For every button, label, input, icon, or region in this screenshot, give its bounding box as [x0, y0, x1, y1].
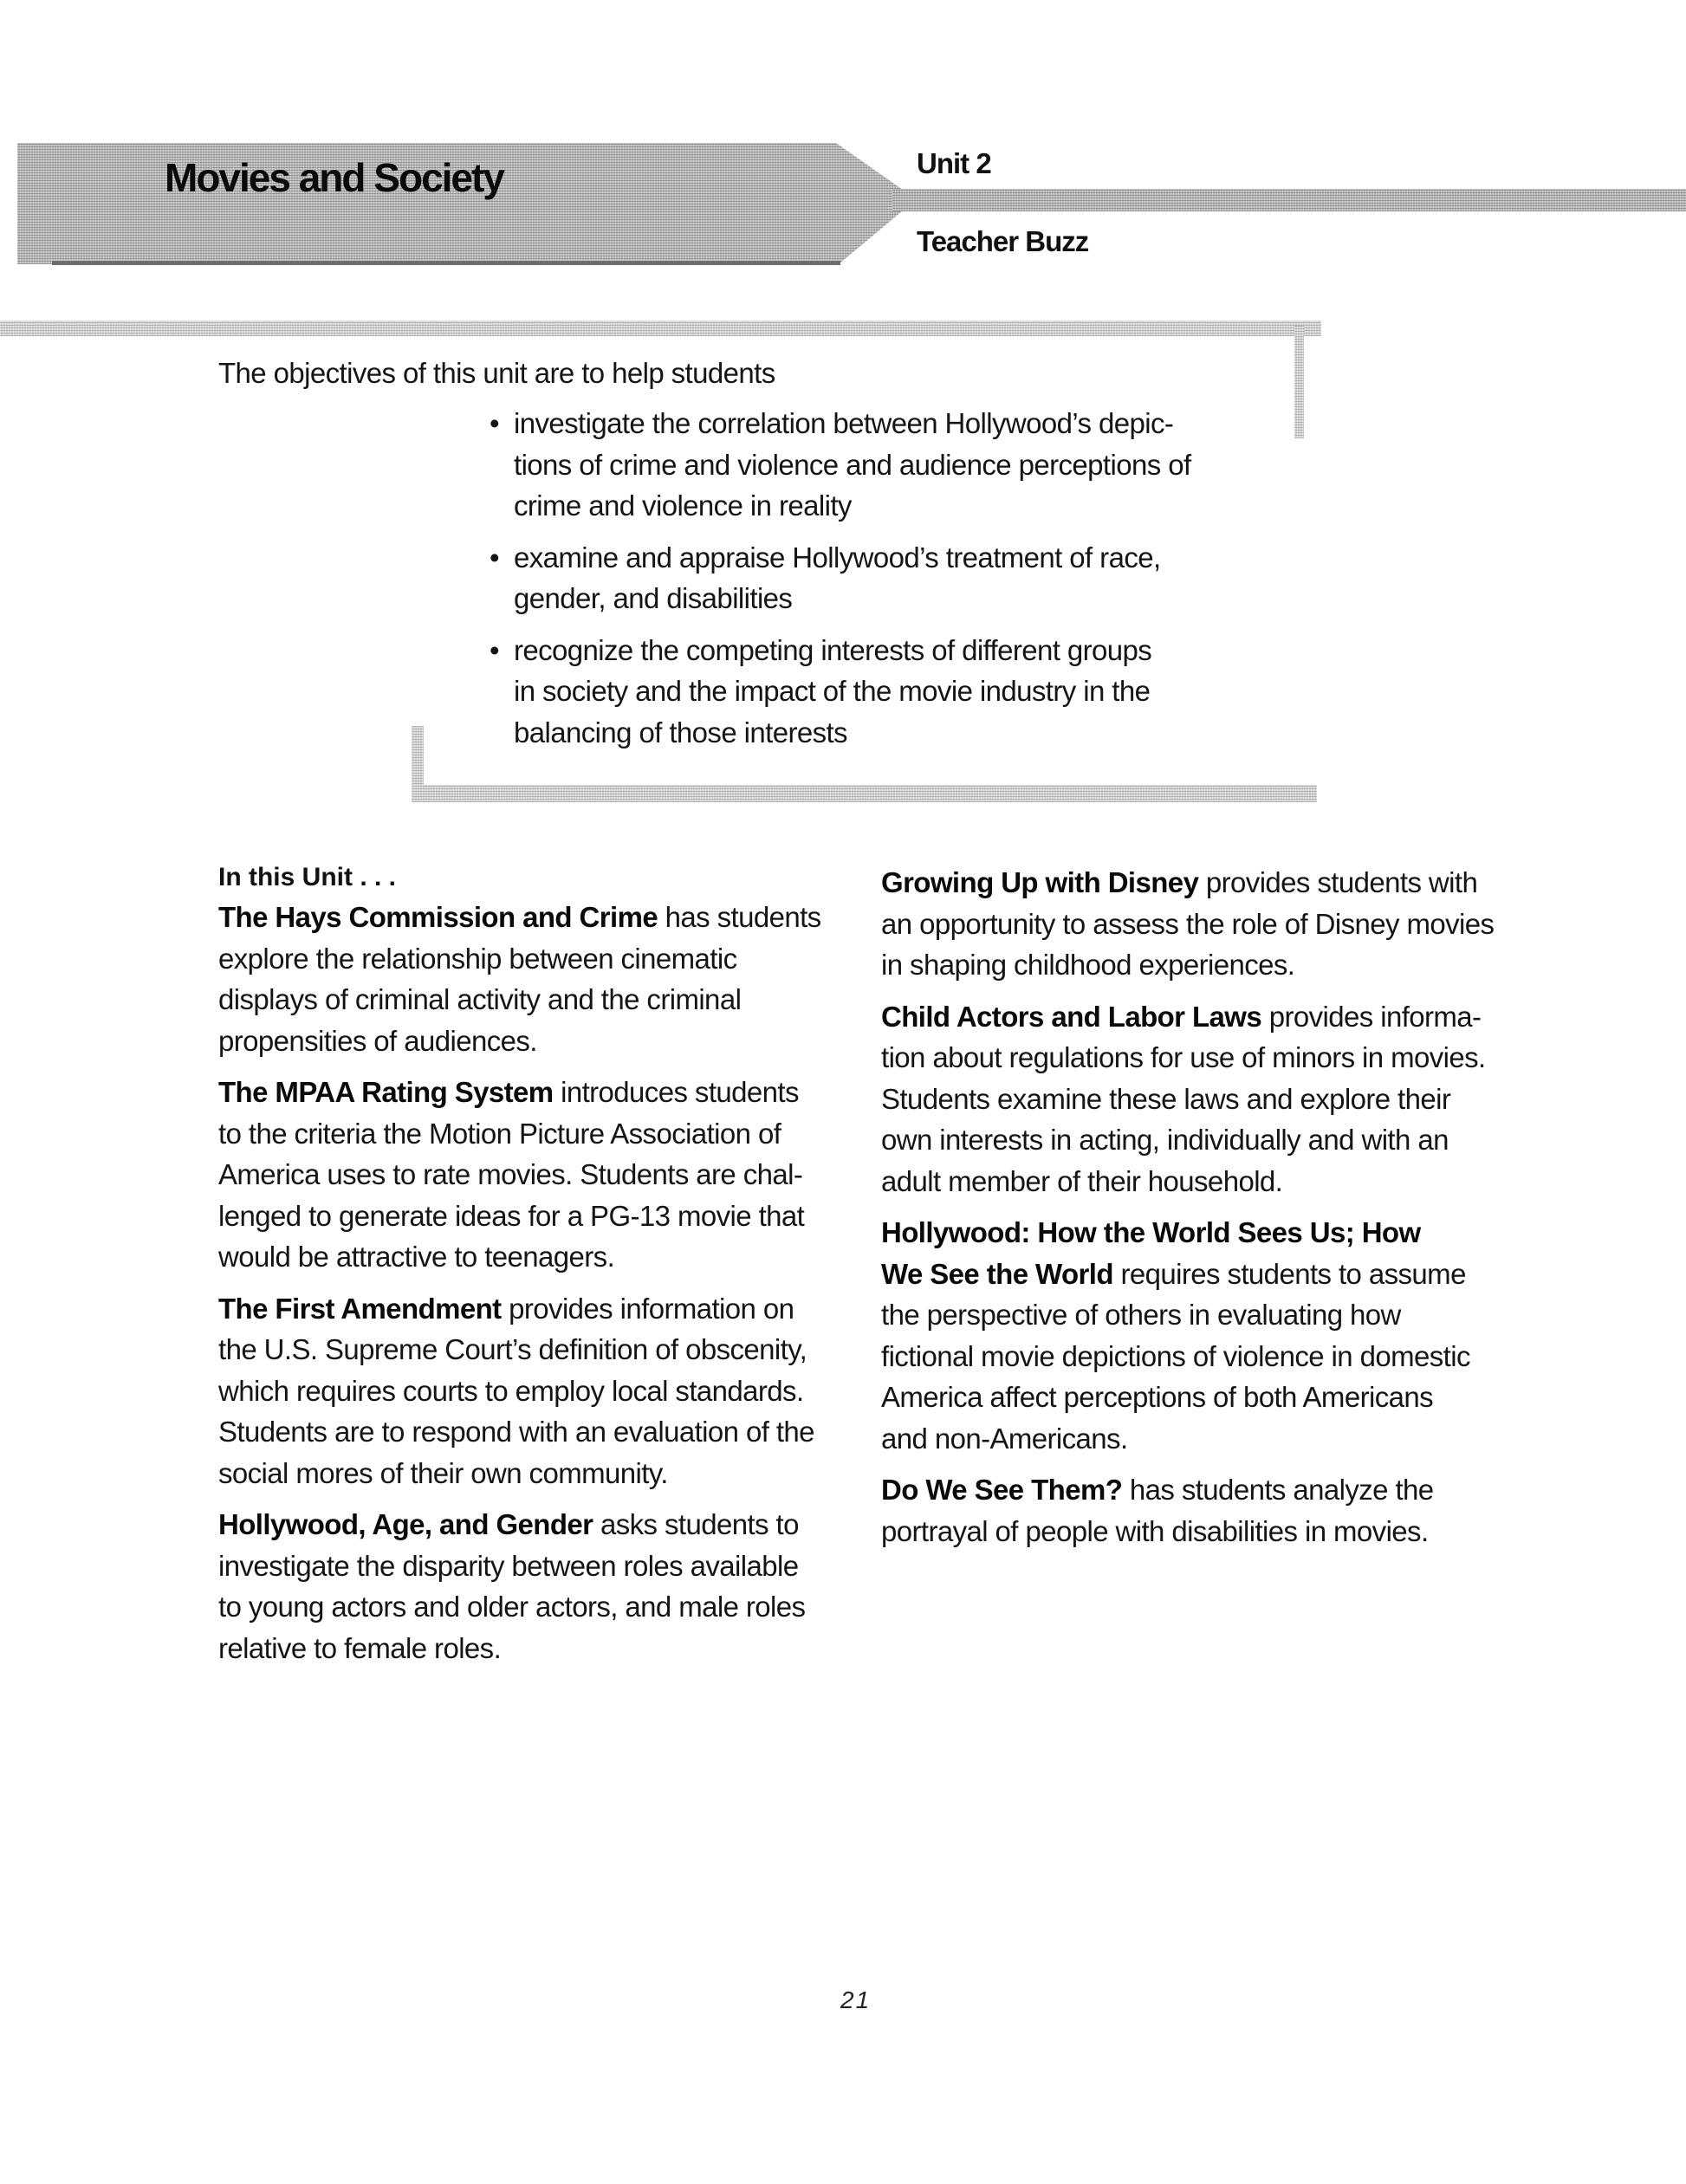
- lesson-title: Growing Up with Disney: [881, 866, 1198, 898]
- lesson-title: The Hays Commission and Crime: [218, 901, 658, 933]
- objectives-intro: The objectives of this unit are to help …: [218, 357, 775, 390]
- banner-shadow: [52, 261, 840, 265]
- lesson-title: The MPAA Rating System: [218, 1076, 554, 1108]
- objectives-top-border: [0, 321, 1321, 336]
- lesson-title: Hollywood, Age, and Gender: [218, 1508, 593, 1540]
- objectives-bottom-border: [412, 785, 1317, 802]
- lesson-entry: Growing Up with Disney provides students…: [881, 862, 1522, 986]
- unit-list-right-column: Growing Up with Disney provides students…: [881, 862, 1522, 1562]
- lesson-entry: The Hays Commission and Crime has studen…: [218, 897, 859, 1061]
- lesson-entry: Hollywood, Age, and Gender asks students…: [218, 1504, 859, 1669]
- header-band: [892, 189, 1686, 211]
- objective-item: • investigate the correlation between Ho…: [490, 403, 1269, 527]
- unit-number: Unit 2: [917, 147, 991, 180]
- objective-item: • recognize the competing interests of d…: [490, 630, 1269, 754]
- unit-title: Movies and Society: [165, 154, 503, 201]
- lesson-title: Child Actors and Labor Laws: [881, 1001, 1261, 1033]
- bullet-icon: •: [490, 630, 499, 671]
- objectives-list: • investigate the correlation between Ho…: [490, 403, 1269, 763]
- bullet-icon: •: [490, 403, 499, 444]
- lesson-entry: The First Amendment provides information…: [218, 1288, 859, 1494]
- objectives-right-border: [1294, 326, 1304, 438]
- unit-list-left-column: In this Unit . . . The Hays Commission a…: [218, 862, 859, 1679]
- objective-item: • examine and appraise Hollywood’s treat…: [490, 537, 1269, 619]
- lesson-title: The First Amendment: [218, 1293, 502, 1325]
- lesson-entry: The MPAA Rating System introduces studen…: [218, 1072, 859, 1278]
- objective-text: recognize the competing interests of dif…: [514, 630, 1269, 754]
- lesson-entry: Child Actors and Labor Laws provides inf…: [881, 996, 1522, 1202]
- objective-text: examine and appraise Hollywood’s treatme…: [514, 537, 1269, 619]
- lesson-title: Do We See Them?: [881, 1474, 1122, 1506]
- page-number: 21: [840, 1986, 871, 2014]
- bullet-icon: •: [490, 537, 499, 579]
- lesson-entry: Do We See Them? has students analyze the…: [881, 1469, 1522, 1552]
- lesson-entry: Hollywood: How the World Sees Us; How We…: [881, 1212, 1522, 1459]
- section-label: Teacher Buzz: [917, 225, 1088, 258]
- objective-text: investigate the correlation between Holl…: [514, 403, 1269, 527]
- in-this-unit-heading: In this Unit . . .: [218, 862, 859, 893]
